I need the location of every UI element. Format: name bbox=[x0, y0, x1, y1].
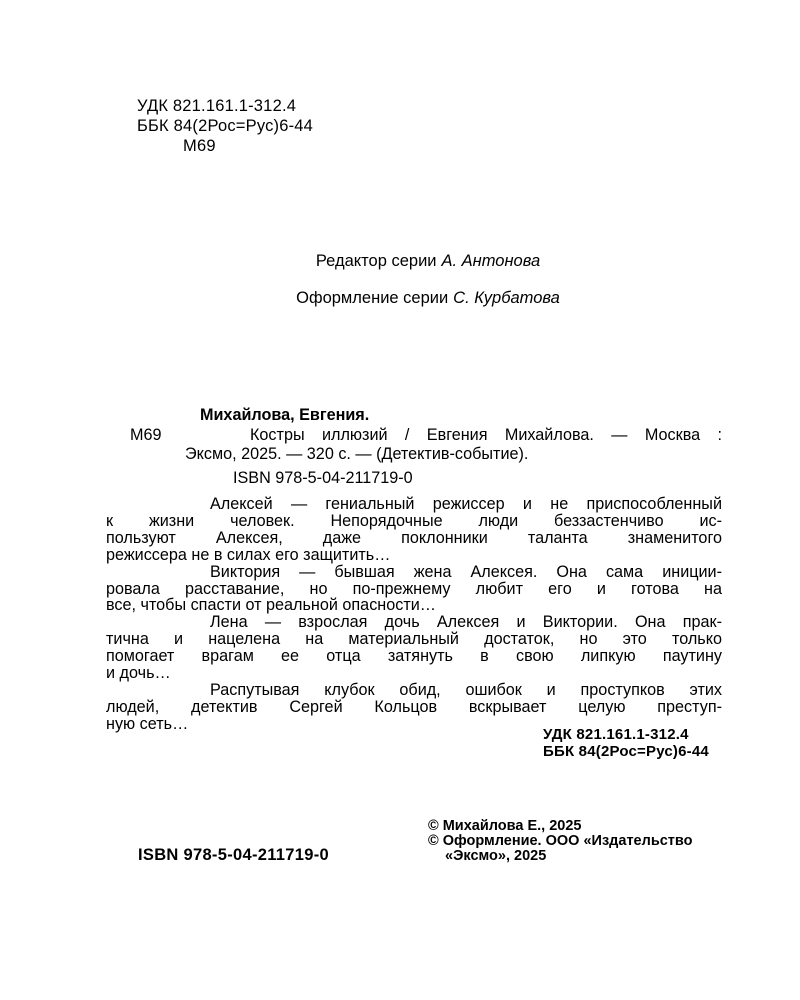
top-classification-block: УДК 821.161.1-312.4 ББК 84(2Рос=Рус)6-44… bbox=[137, 96, 313, 156]
bottom-classification-block: УДК 821.161.1-312.4 ББК 84(2Рос=Рус)6-44 bbox=[543, 727, 709, 760]
series-editor-name: А. Антонова bbox=[441, 252, 540, 270]
series-designer-name: С. Курбатова bbox=[453, 289, 560, 307]
copyright-design-line: © Оформление. ООО «Издательство bbox=[428, 834, 692, 849]
copyright-author-line: © Михайлова Е., 2025 bbox=[428, 819, 692, 834]
annotation-line: Распутывая клубок обид, ошибок и проступ… bbox=[106, 682, 722, 699]
annotation-line: людей, детектив Сергей Кольцов вскрывает… bbox=[106, 699, 722, 716]
bbk-code: ББК 84(2Рос=Рус)6-44 bbox=[137, 116, 313, 136]
annotation-line: все, чтобы спасти от реальной опасности… bbox=[106, 597, 722, 614]
annotation-line: Виктория — бывшая жена Алексея. Она сама… bbox=[106, 564, 722, 581]
udc-code-bottom: УДК 821.161.1-312.4 bbox=[543, 727, 709, 744]
annotation-line: пользуют Алексея, даже поклонники талант… bbox=[106, 530, 722, 547]
catalog-isbn: ISBN 978-5-04-211719-0 bbox=[106, 469, 722, 489]
annotation-line: помогает врагам ее отца затянуть в свою … bbox=[106, 648, 722, 665]
annotation-block: Алексей — гениальный режиссер и не присп… bbox=[106, 496, 722, 733]
catalog-author-heading: Михайлова, Евгения. bbox=[106, 406, 722, 426]
catalog-description-line1: М69Костры иллюзий / Евгения Михайлова. —… bbox=[106, 426, 722, 446]
catalog-card: Михайлова, Евгения. М69Костры иллюзий / … bbox=[106, 406, 722, 489]
copyright-design-line2: «Эксмо», 2025 bbox=[428, 849, 692, 864]
udc-code: УДК 821.161.1-312.4 bbox=[137, 96, 313, 116]
copyright-block: © Михайлова Е., 2025 © Оформление. ООО «… bbox=[428, 819, 692, 864]
series-designer-label: Оформление серии bbox=[296, 289, 448, 307]
catalog-description-text1: Костры иллюзий / Евгения Михайлова. — Мо… bbox=[250, 426, 722, 444]
series-editor-line: Редактор серииА. Антонова bbox=[106, 252, 750, 270]
series-credits-block: Редактор серииА. Антонова Оформление сер… bbox=[106, 252, 750, 307]
annotation-line: Лена — взрослая дочь Алексея и Виктории.… bbox=[106, 614, 722, 631]
bbk-code-bottom: ББК 84(2Рос=Рус)6-44 bbox=[543, 744, 709, 761]
book-imprint-page: УДК 821.161.1-312.4 ББК 84(2Рос=Рус)6-44… bbox=[0, 0, 800, 1000]
annotation-line: Алексей — гениальный режиссер и не присп… bbox=[106, 496, 722, 513]
catalog-description-line2: Эксмо, 2025. — 320 с. — (Детектив-событи… bbox=[106, 445, 722, 465]
annotation-line: к жизни человек. Непорядочные люди безза… bbox=[106, 513, 722, 530]
author-sign: М69 bbox=[137, 136, 313, 156]
bottom-isbn: ISBN 978-5-04-211719-0 bbox=[138, 846, 329, 865]
annotation-line: тична и нацелена на материальный достато… bbox=[106, 631, 722, 648]
catalog-author-sign: М69 bbox=[130, 426, 162, 446]
annotation-line: ровала расставание, но по-прежнему любит… bbox=[106, 581, 722, 598]
annotation-line: и дочь… bbox=[106, 665, 722, 682]
series-designer-line: Оформление серииС. Курбатова bbox=[106, 289, 750, 307]
series-editor-label: Редактор серии bbox=[316, 252, 437, 270]
annotation-line: режиссера не в силах его защитить… bbox=[106, 547, 722, 564]
